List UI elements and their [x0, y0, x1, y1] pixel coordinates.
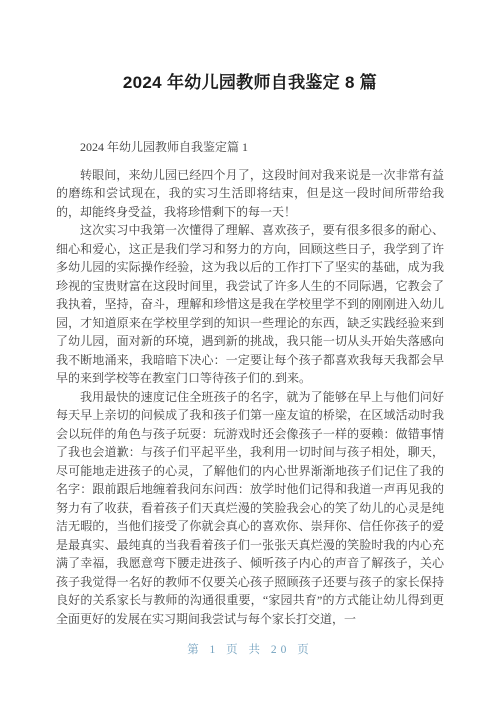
page-indicator: 第 1 页 共 20 页: [187, 644, 313, 656]
paragraph-2: 这次实习中我第一次懂得了理解、喜欢孩子，要有很多很多的耐心、细心和爱心，这正是我…: [56, 221, 444, 388]
document-title: 2024 年幼儿园教师自我鉴定 8 篇: [0, 71, 500, 95]
page-footer: 第 1 页 共 20 页: [0, 640, 500, 658]
paragraph-1: 转眼间，来幼儿园已经四个月了，这段时间对我来说是一次非常有益的磨练和尝试现在，我…: [56, 166, 444, 222]
paragraph-3: 我用最快的速度记住全班孩子的名字，就为了能够在早上与他们问好每天早上亲切的问候成…: [56, 388, 444, 629]
document-body: 2024 年幼儿园教师自我鉴定篇 1 转眼间，来幼儿园已经四个月了，这段时间对我…: [56, 138, 444, 628]
document-page: 2024 年幼儿园教师自我鉴定 8 篇 2024 年幼儿园教师自我鉴定篇 1 转…: [0, 0, 500, 707]
section-heading: 2024 年幼儿园教师自我鉴定篇 1: [56, 138, 444, 157]
